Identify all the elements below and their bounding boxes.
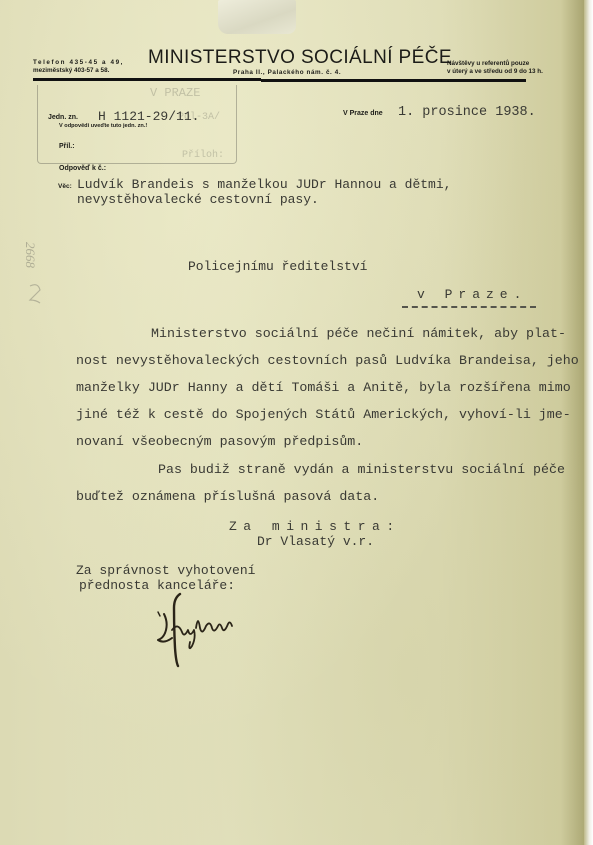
stamp-ghost-text-3: Příloh: xyxy=(182,150,224,161)
recipient-city-underline xyxy=(402,306,536,308)
adhesive-tape xyxy=(218,0,296,34)
recipient-name: Policejnímu ředitelství xyxy=(188,259,367,274)
letterhead-rule-right xyxy=(261,79,526,82)
stamp-ghost-text-1: V PRAZE xyxy=(150,86,200,100)
visits-line-2: v úterý a ve středu od 9 do 13 h. xyxy=(447,68,543,75)
phone-line-2: meziměstský 403-57 a 58. xyxy=(33,67,109,74)
certification-line-1: Za správnost vyhotovení xyxy=(76,563,255,578)
handwritten-signature xyxy=(150,592,250,674)
body-line-2: nost nevystěhovaleckých cestovních pasů … xyxy=(76,353,579,368)
reference-number-label: Jedn. zn. xyxy=(48,114,78,121)
signatory-name: Dr Vlasatý v.r. xyxy=(257,534,374,549)
recipient-city: v Praze. xyxy=(417,287,527,302)
svg-text:2668: 2668 xyxy=(23,242,38,269)
subject-line-1: Ludvík Brandeis s manželkou JUDr Hannou … xyxy=(77,177,451,192)
reply-to-label: Odpověď k č.: xyxy=(59,165,106,172)
ministry-title: MINISTERSTVO SOCIÁLNÍ PÉČE xyxy=(148,47,452,69)
letterhead-phone: Telefon 435-45 a 49, meziměstský 403-57 … xyxy=(33,59,124,74)
visits-line-1: Návštěvy u referentů pouze xyxy=(447,60,529,67)
letterhead-rule xyxy=(33,78,261,81)
body-line-6: Pas budiž straně vydán a ministerstvu so… xyxy=(158,462,565,477)
pencil-margin-note: 2668 xyxy=(18,238,48,308)
for-minister-label: Za ministra: xyxy=(229,519,401,534)
letterhead-address: Praha II., Palackého nám. č. 4. xyxy=(233,69,341,76)
certification-line-2: přednosta kanceláře: xyxy=(79,578,235,593)
subject-label: Věc: xyxy=(58,183,72,190)
body-line-7: buďtež oznámena příslušná pasová data. xyxy=(76,489,379,504)
body-line-4: jiné též k cestě do Spojených Států Amer… xyxy=(76,407,571,422)
date-label: V Praze dne xyxy=(343,110,383,117)
attachments-label: Příl.: xyxy=(59,143,75,150)
paper-edge xyxy=(584,0,593,845)
body-line-3: manželky JUDr Hanny a dětí Tomáši a Anit… xyxy=(76,380,571,395)
reference-number-note: V odpovědi uveďte tuto jedn. zn.! xyxy=(59,123,147,129)
letterhead-visits: Návštěvy u referentů pouze v úterý a ve … xyxy=(447,60,543,75)
date-value: 1. prosince 1938. xyxy=(398,105,536,120)
subject-line-2: nevystěhovalecké cestovní pasy. xyxy=(77,192,319,207)
body-line-5: novaní všeobecným pasovým předpisům. xyxy=(76,434,363,449)
phone-line-1: Telefon 435-45 a 49, xyxy=(33,59,124,66)
reference-number-value: H 1121-29/11. xyxy=(98,109,199,124)
body-line-1: Ministerstvo sociální péče nečiní námite… xyxy=(151,326,566,341)
